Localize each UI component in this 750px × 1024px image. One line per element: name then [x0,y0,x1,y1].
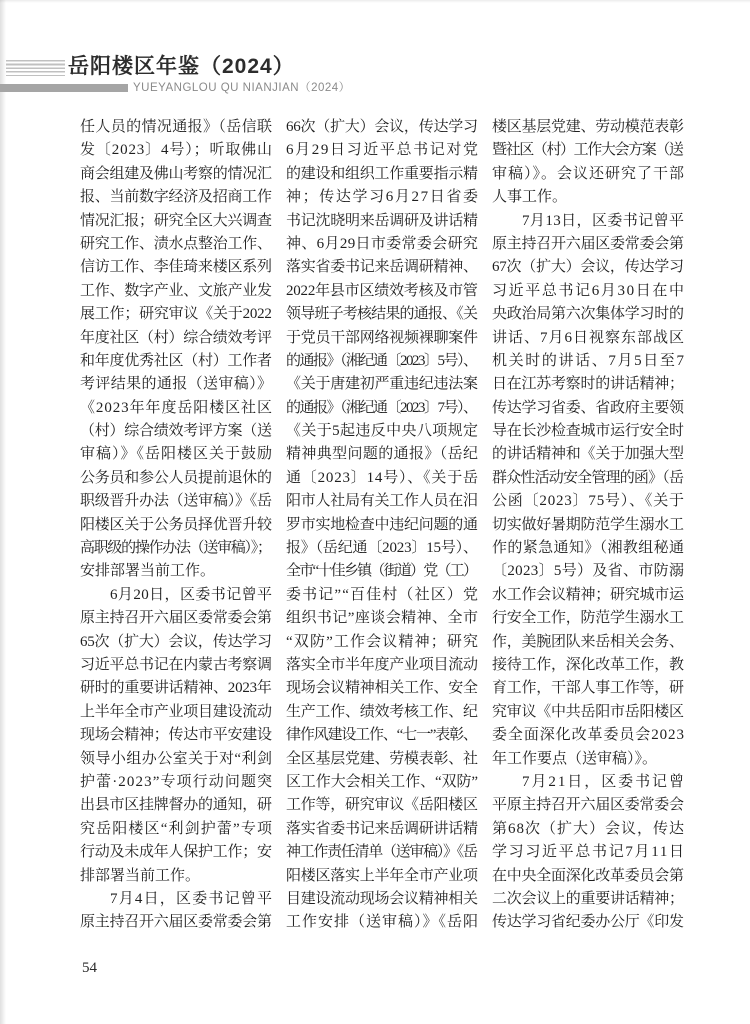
text-line: 区工作大会相关工作、“双防” [286,771,478,794]
text-line: 年工作要点（送审稿）》。 [492,748,684,771]
text-line: 传达学习省纪委办公厅《印发 [492,911,684,934]
text-line: 通〔2023〕14号）、《关于岳 [286,467,478,490]
text-line: 年度社区（村）综合绩效考评 [80,327,272,350]
text-line: 《关于5起违反中央八项规定 [286,420,478,443]
text-line: 出县市区挂牌督办的通知，研 [80,794,272,817]
text-line: 考评结果的通报（送审稿）》 [80,373,272,396]
text-line: 委书记”“百佳村（社区）党 [286,584,478,607]
text-line: 2022年县市区绩效考核及市管 [286,280,478,303]
text-line: 习近平总书记在内蒙古考察调 [80,654,272,677]
text-line: 报》（岳纪通〔2023〕15号）、 [286,537,478,560]
text-line: 阳楼区关于公务员择优晋升较 [80,514,272,537]
text-line: 水工作会议精神；研究城市运 [492,584,684,607]
text-line: 委全面深化改革委员会2023 [492,724,684,747]
text-column-2: 66次（扩大）会议，传达学习6月29日习近平总书记对党的建设和组织工作重要指示精… [286,116,478,935]
text-line: 二次会议上的重要讲话精神； [492,888,684,911]
text-column-1: 任人员的情况通报》（岳信联发〔2023〕4号）；听取佛山商会组建及佛山考察的情况… [80,116,272,935]
text-line: 原主持召开六届区委常委会第 [80,911,272,934]
text-line: 全市“十佳乡镇（街道）党（工） [286,560,478,583]
text-line: 阳楼区落实上半年全市产业项 [286,865,478,888]
header-stripes-icon [6,60,65,76]
text-line: 和年度优秀社区（村）工作者 [80,350,272,373]
text-line: 习近平总书记6月30日在中 [492,280,684,303]
text-line: 展工作；研究审议《关于2022 [80,303,272,326]
text-line: 机关时的讲话、7月5日至7 [492,350,684,373]
page-edge-shadow-left [0,0,6,1024]
text-line: 楼区基层党建、劳动模范表彰 [492,116,684,139]
text-line: 导在长沙检查城市运行安全时 [492,420,684,443]
text-line: 审稿）》。会议还研究了干部 [492,163,684,186]
text-line: 现场会精神；传达市平安建设 [80,724,272,747]
text-line: 研究工作、渍水点整治工作、 [80,233,272,256]
text-line: 暨社区（村）工作大会方案（送 [492,139,684,162]
text-line: （村）综合绩效考评方案（送 [80,420,272,443]
text-line: 67次（扩大）会议，传达学习 [492,256,684,279]
text-line: 排部署当前工作。 [80,865,272,888]
page-edge-shadow-top [0,0,750,3]
text-line: 领导小组办公室关于对“利剑 [80,748,272,771]
text-line: 工作、数字产业、文旅产业发 [80,280,272,303]
text-line: 第68次（扩大）会议，传达 [492,818,684,841]
text-line: 7月13日，区委书记曾平 [492,210,684,233]
yearbook-page: { "header": { "title": "岳阳楼区年鉴（2024）", "… [0,0,750,1024]
text-line: 任人员的情况通报》（岳信联 [80,116,272,139]
text-line: 《关于唐建初严重违纪违法案 [286,373,478,396]
text-line: 65次（扩大）会议，传达学习 [80,631,272,654]
text-line: 究审议《中共岳阳市岳阳楼区 [492,701,684,724]
text-line: 公务员和参公人员提前退休的 [80,467,272,490]
page-subtitle: YUEYANGLOU QU NIANJIAN（2024） [133,81,351,95]
text-line: 目建设流动现场会议精神相关 [286,888,478,911]
text-line: 行动及未成年人保护工作；安 [80,841,272,864]
text-line: 原主持召开六届区委常委会第 [492,233,684,256]
text-line: 接待工作，深化改革工作，教 [492,654,684,677]
text-line: 神工作责任清单（送审稿）》《岳 [286,841,478,864]
text-line: 全区基层党建、劳模表彰、社 [286,748,478,771]
text-line: 切实做好暑期防范学生溺水工 [492,514,684,537]
text-line: 现场会议精神相关工作、安全 [286,677,478,700]
text-line: 神、6月29日市委常委会研究 [286,233,478,256]
text-line: 〔2023〕5号）及省、市防溺 [492,560,684,583]
text-line: 书记沈晓明来岳调研及讲话精 [286,210,478,233]
body-text-block: 任人员的情况通报》（岳信联发〔2023〕4号）；听取佛山商会组建及佛山考察的情况… [80,116,684,936]
header-bar [0,84,128,92]
text-line: 精神典型问题的通报》（岳纪 [286,443,478,466]
text-line: 组织书记”座谈会精神、全市 [286,607,478,630]
text-line: 上半年全市产业项目建设流动 [80,701,272,724]
text-line: 传达学习省委、省政府主要领 [492,397,684,420]
text-line: 安排部署当前工作。 [80,560,272,583]
text-line: 平原主持召开六届区委常委会 [492,794,684,817]
page-number: 54 [82,960,97,977]
text-line: 工作等，研究审议《岳阳楼区 [286,794,478,817]
text-line: 7月21日，区委书记曾 [492,771,684,794]
text-line: 究岳阳楼区“利剑护蕾”专项 [80,818,272,841]
text-line: 行安全工作，防范学生溺水工 [492,607,684,630]
text-line: “双防”工作会议精神；研究 [286,631,478,654]
text-line: 工作安排（送审稿）》《岳阳 [286,911,478,934]
text-line: 情况汇报；研究全区大兴调查 [80,210,272,233]
text-line: 7月4日，区委书记曾平 [80,888,272,911]
text-line: 报、当前数字经济及招商工作 [80,186,272,209]
text-line: 于党员干部网络视频裸聊案件 [286,327,478,350]
text-line: 6月20日，区委书记曾平 [80,584,272,607]
text-line: 罗市实地检查中违纪问题的通 [286,514,478,537]
text-line: 讲话、7月6日视察东部战区 [492,327,684,350]
text-line: 作的紧急通知》（湘教组秘通 [492,537,684,560]
text-line: 群众性活动安全管理的函》（岳 [492,467,684,490]
page-title: 岳阳楼区年鉴（2024） [68,54,295,80]
text-line: 《2023年年度岳阳楼区社区 [80,397,272,420]
text-line: 学习习近平总书记7月11日 [492,841,684,864]
text-line: 护蕾·2023”专项行动问题突 [80,771,272,794]
text-line: 落实省委书记来岳调研讲话精 [286,818,478,841]
text-line: 落实全市半年度产业项目流动 [286,654,478,677]
text-line: 央政治局第六次集体学习时的 [492,303,684,326]
text-line: 阳市人社局有关工作人员在汨 [286,490,478,513]
text-line: 领导班子考核结果的通报、《关 [286,303,478,326]
text-line: 6月29日习近平总书记对党 [286,139,478,162]
text-line: 商会组建及佛山考察的情况汇 [80,163,272,186]
text-line: 作，美腕团队来岳相关会务、 [492,631,684,654]
text-line: 研时的重要讲话精神、2023年 [80,677,272,700]
text-line: 信访工作、李佳琦来楼区系列 [80,256,272,279]
text-line: 育工作，干部人事工作等，研 [492,677,684,700]
text-line: 的通报》（湘纪通〔2023〕5号）、 [286,350,478,373]
text-line: 生产工作、绩效考核工作、纪 [286,701,478,724]
text-line: 原主持召开六届区委常委会第 [80,607,272,630]
text-line: 神；传达学习6月27日省委 [286,186,478,209]
text-line: 审稿）》《岳阳楼区关于鼓励 [80,443,272,466]
text-line: 职级晋升办法（送审稿）》《岳 [80,490,272,513]
text-line: 在中央全面深化改革委员会第 [492,865,684,888]
text-line: 的通报》（湘纪通〔2023〕7号）、 [286,397,478,420]
text-line: 高职级的操作办法（送审稿）》； [80,537,272,560]
text-line: 日在江苏考察时的讲话精神； [492,373,684,396]
text-line: 的建设和组织工作重要指示精 [286,163,478,186]
text-line: 律作风建设工作、“七一”表彰、 [286,724,478,747]
text-line: 公函〔2023〕75号）、《关于 [492,490,684,513]
text-line: 发〔2023〕4号）；听取佛山 [80,139,272,162]
text-line: 66次（扩大）会议，传达学习 [286,116,478,139]
text-column-3: 楼区基层党建、劳动模范表彰暨社区（村）工作大会方案（送审稿）》。会议还研究了干部… [492,116,684,935]
text-line: 的讲话精神和《关于加强大型 [492,443,684,466]
text-line: 人事工作。 [492,186,684,209]
text-line: 落实省委书记来岳调研精神、 [286,256,478,279]
